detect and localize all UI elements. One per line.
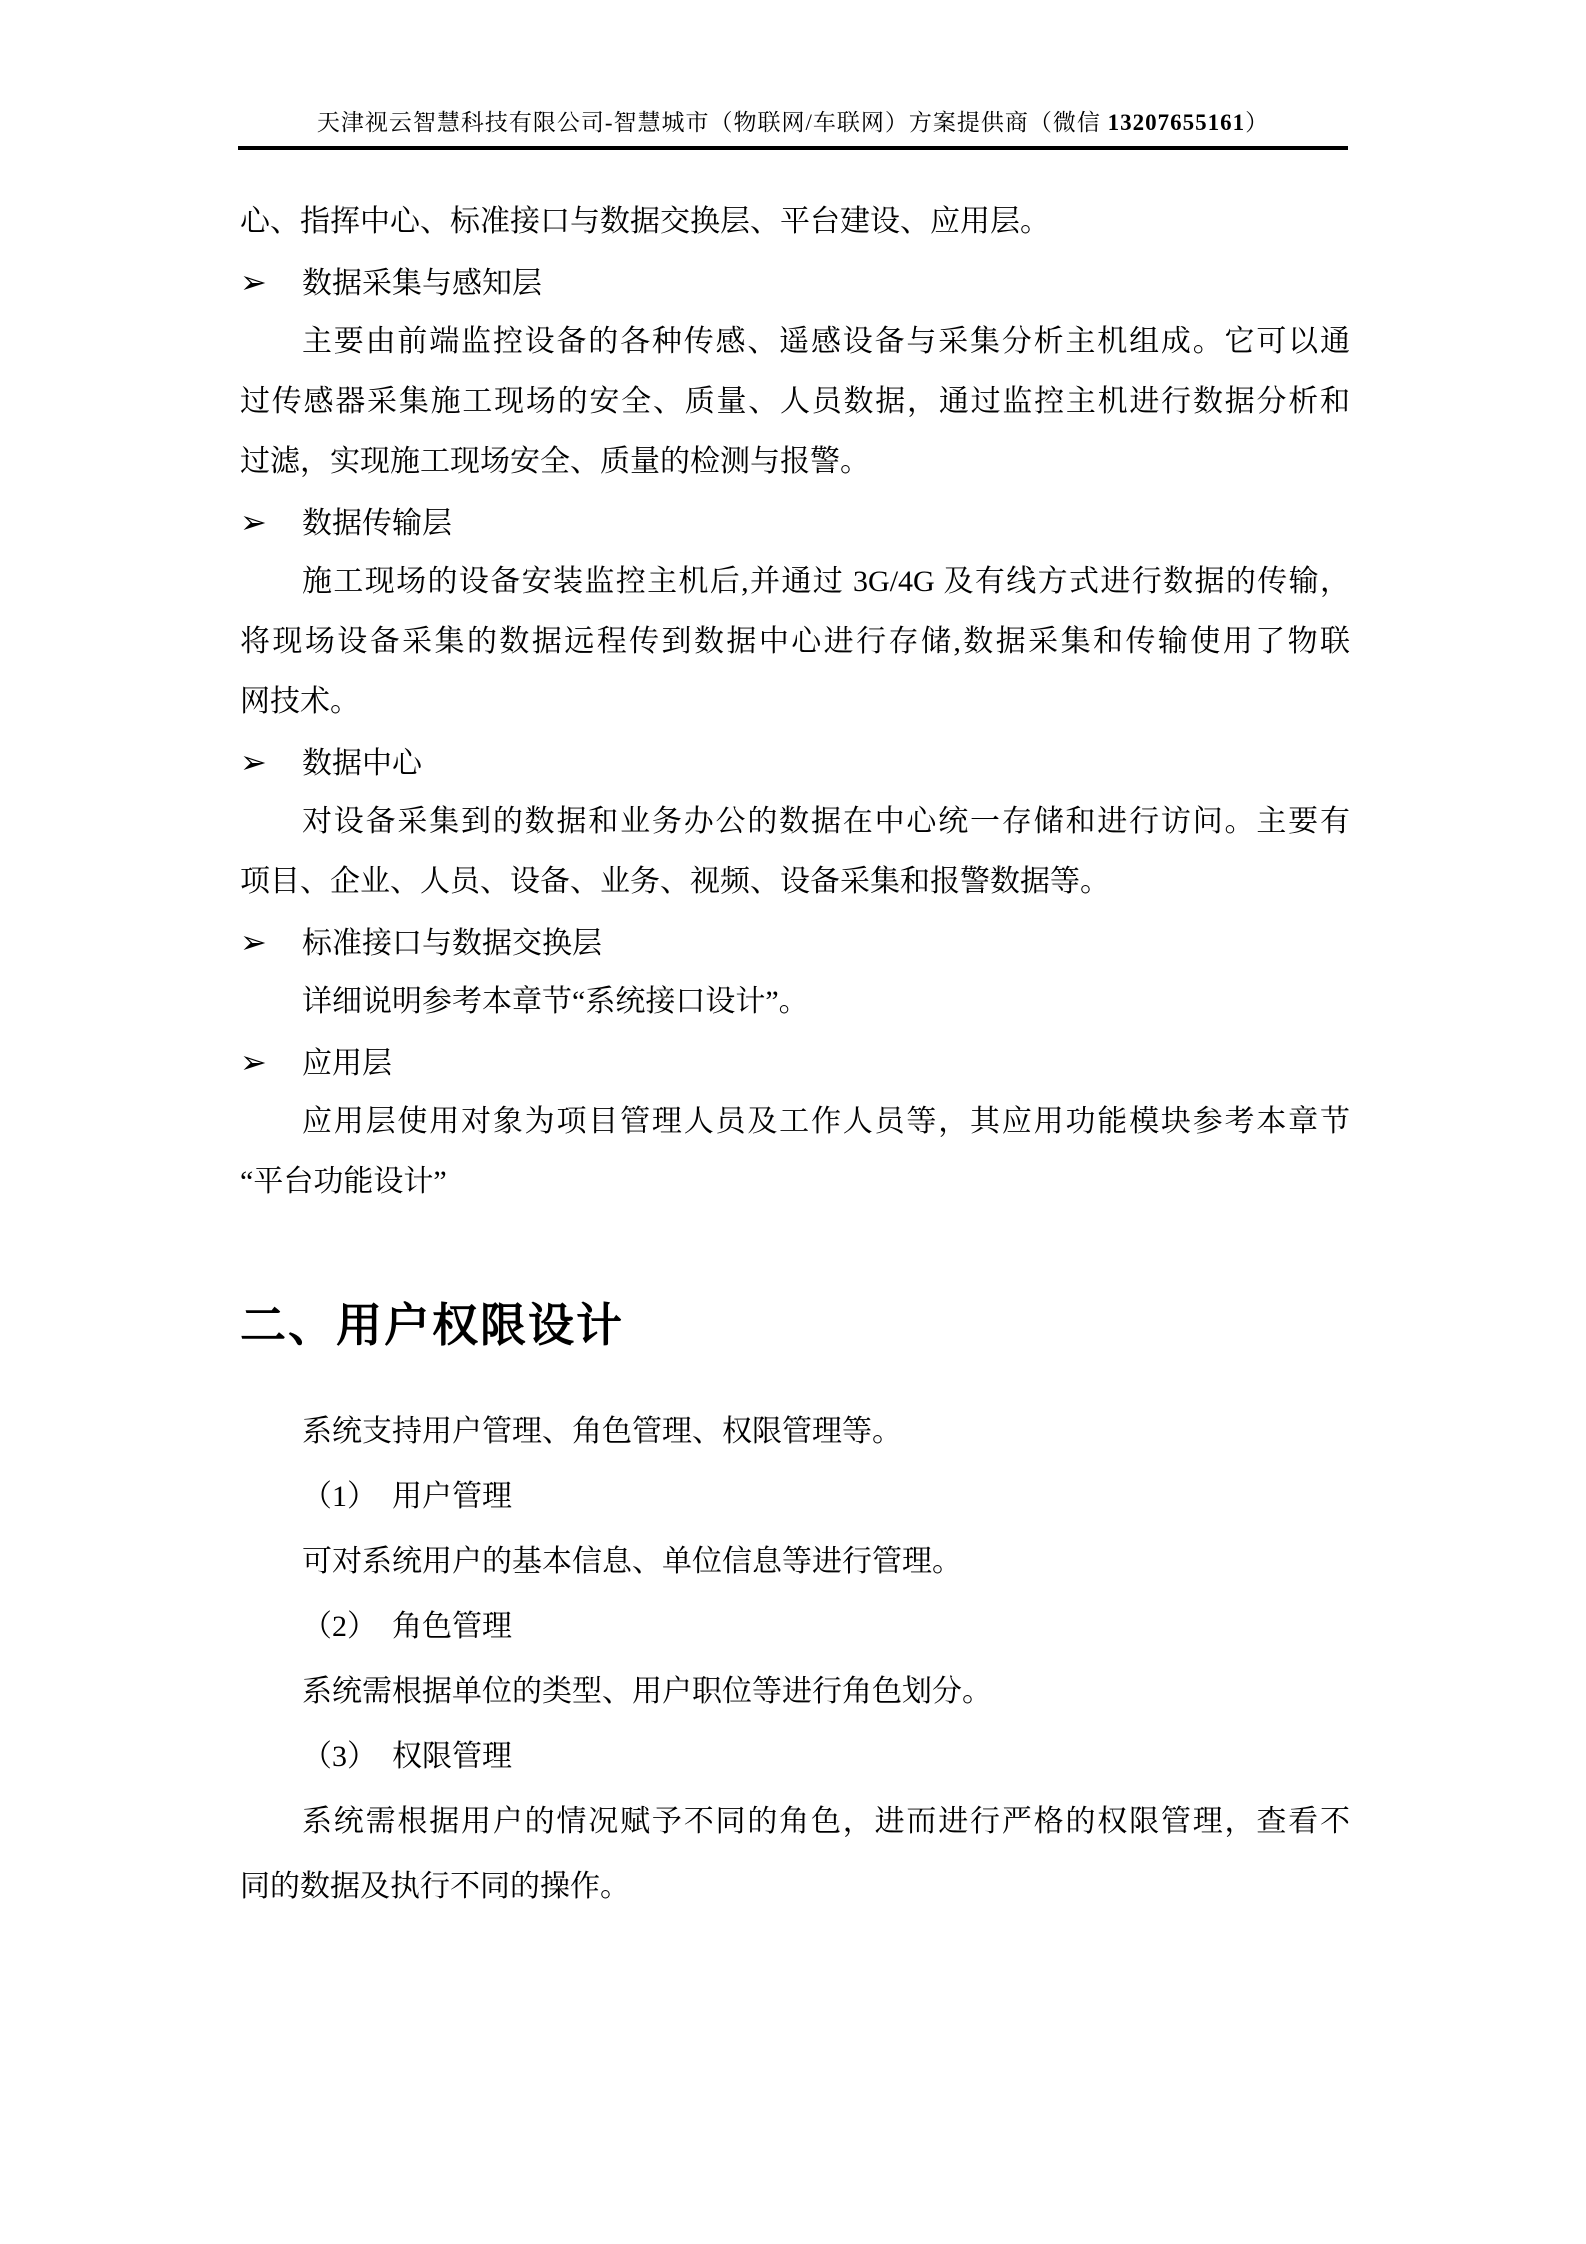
arrow-bullet-icon: ➢ xyxy=(240,494,302,550)
header-phone-number: 13207655161 xyxy=(1108,110,1246,135)
text-line: 施工现场的设备安装监控主机后,并通过 3G/4G 及有线方式进行数据的传输， xyxy=(302,554,1350,610)
bullet-item: ➢数据采集与感知层 xyxy=(240,254,542,310)
text-line: 系统支持用户管理、角色管理、权限管理等。 xyxy=(302,1404,902,1460)
text-line: “平台功能设计” xyxy=(240,1154,447,1210)
text-line: （1） 用户管理 xyxy=(302,1469,512,1525)
arrow-bullet-icon: ➢ xyxy=(240,1034,302,1090)
page-header: 天津视云智慧科技有限公司-智慧城市（物联网/车联网）方案提供商（微信 13207… xyxy=(0,108,1586,138)
text-line: 将现场设备采集的数据远程传到数据中心进行存储,数据采集和传输使用了物联 xyxy=(240,614,1350,670)
text-line: 主要由前端监控设备的各种传感、遥感设备与采集分析主机组成。它可以通 xyxy=(302,314,1350,370)
text-line: 网技术。 xyxy=(240,674,360,730)
text-line: 心、指挥中心、标准接口与数据交换层、平台建设、应用层。 xyxy=(240,194,1050,250)
bullet-label: 数据采集与感知层 xyxy=(302,267,542,300)
bullet-item: ➢应用层 xyxy=(240,1034,392,1090)
bullet-label: 标准接口与数据交换层 xyxy=(302,927,602,960)
text-line: 项目、企业、人员、设备、业务、视频、设备采集和报警数据等。 xyxy=(240,854,1110,910)
text-line: （3） 权限管理 xyxy=(302,1729,512,1785)
text-line: 系统需根据单位的类型、用户职位等进行角色划分。 xyxy=(302,1664,992,1720)
bullet-label: 数据传输层 xyxy=(302,507,452,540)
arrow-bullet-icon: ➢ xyxy=(240,914,302,970)
section-heading: 二、用户权限设计 xyxy=(240,1292,624,1358)
text-line: （2） 角色管理 xyxy=(302,1599,512,1655)
text-line: 过传感器采集施工现场的安全、质量、人员数据，通过监控主机进行数据分析和 xyxy=(240,374,1350,430)
bullet-label: 应用层 xyxy=(302,1047,392,1080)
bullet-item: ➢标准接口与数据交换层 xyxy=(240,914,602,970)
header-suffix: ） xyxy=(1245,110,1269,135)
text-line: 详细说明参考本章节“系统接口设计”。 xyxy=(302,974,809,1030)
bullet-item: ➢数据传输层 xyxy=(240,494,452,550)
document-page: 天津视云智慧科技有限公司-智慧城市（物联网/车联网）方案提供商（微信 13207… xyxy=(0,0,1586,2244)
text-line: 对设备采集到的数据和业务办公的数据在中心统一存储和进行访问。主要有 xyxy=(302,794,1350,850)
text-line: 系统需根据用户的情况赋予不同的角色，进而进行严格的权限管理，查看不 xyxy=(302,1794,1350,1850)
arrow-bullet-icon: ➢ xyxy=(240,254,302,310)
arrow-bullet-icon: ➢ xyxy=(240,734,302,790)
text-line: 应用层使用对象为项目管理人员及工作人员等，其应用功能模块参考本章节 xyxy=(302,1094,1350,1150)
text-line: 过滤，实现施工现场安全、质量的检测与报警。 xyxy=(240,434,870,490)
header-divider-line xyxy=(238,146,1348,150)
bullet-label: 数据中心 xyxy=(302,747,422,780)
bullet-item: ➢数据中心 xyxy=(240,734,422,790)
header-company-text: 天津视云智慧科技有限公司-智慧城市（物联网/车联网）方案提供商（微信 xyxy=(317,110,1108,135)
text-line: 同的数据及执行不同的操作。 xyxy=(240,1859,630,1915)
text-line: 可对系统用户的基本信息、单位信息等进行管理。 xyxy=(302,1534,962,1590)
